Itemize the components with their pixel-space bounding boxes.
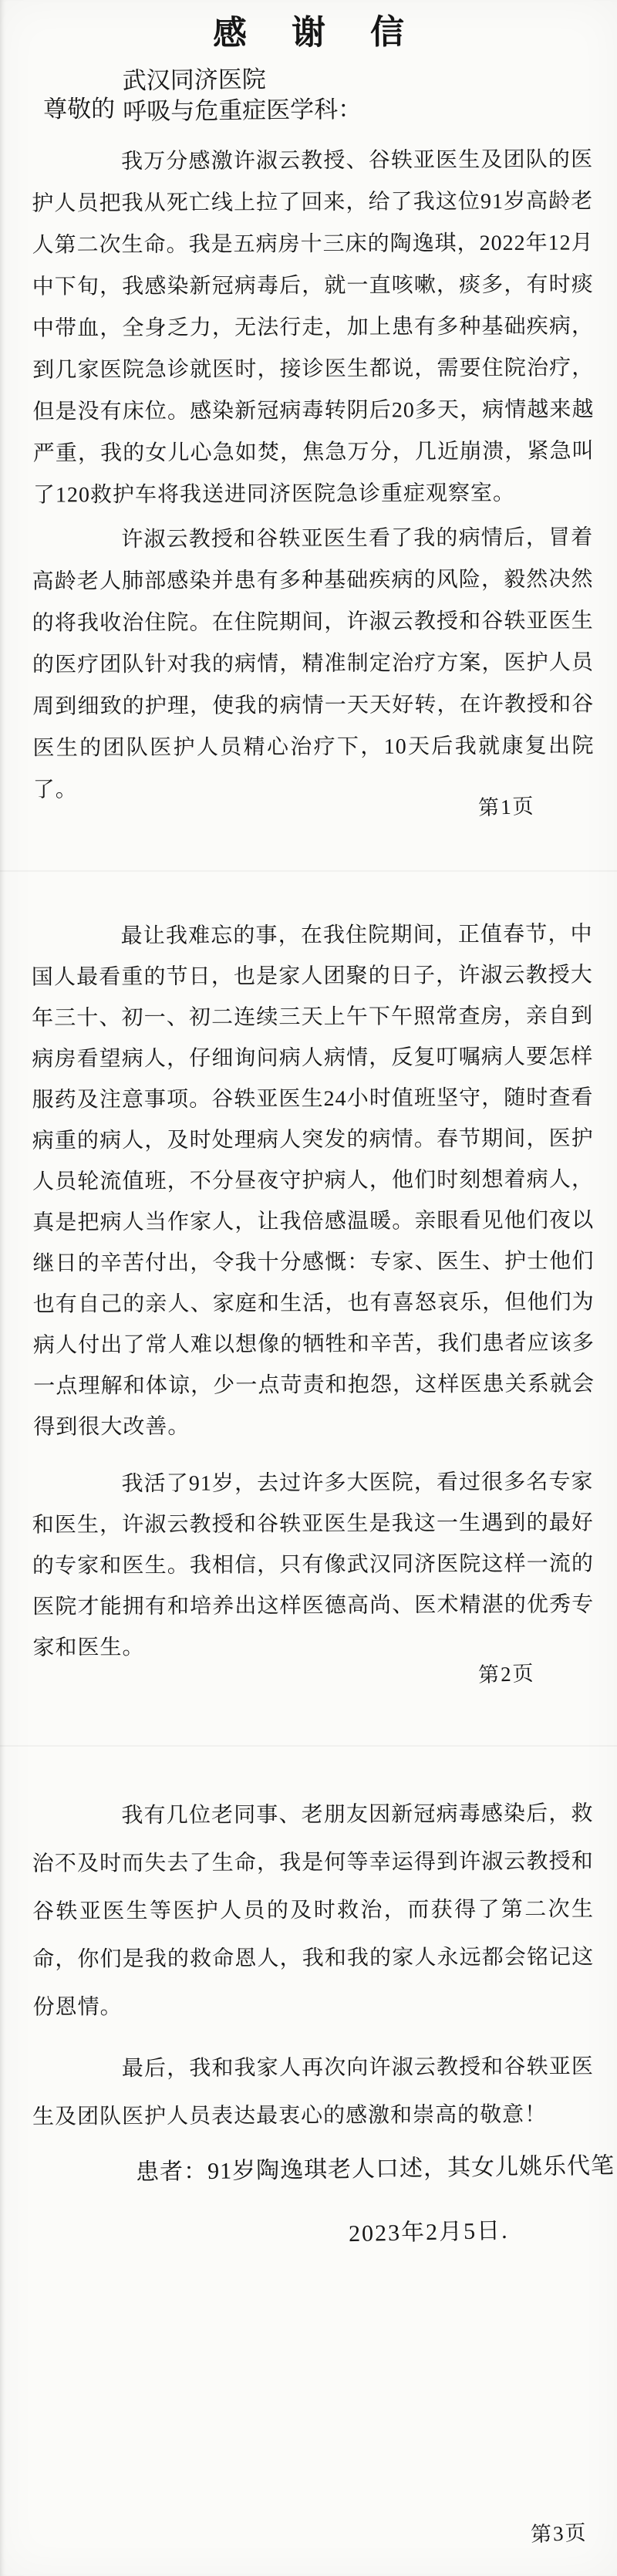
page-seam: [0, 870, 617, 872]
paragraph-final-respect: 最后，我和我家人再次向许淑云教授和谷轶亚医生及团队医护人员表达最衷心的感激和崇高…: [32, 2043, 595, 2141]
salutation: 尊敬的 武汉同济医院 呼吸与危重症医学科：: [43, 63, 362, 128]
page-marker-2: 第2页: [477, 1656, 535, 1689]
letter-title: 感谢信: [0, 2, 617, 56]
page-marker-3: 第3页: [530, 2516, 588, 2548]
paragraph-admission-treatment: 许淑云教授和谷轶亚医生看了我的病情后，冒着高龄老人肺部感染并患有多种基础疾病的风…: [32, 517, 595, 811]
paragraph-best-doctors: 我活了91岁，去过许多大医院，看过很多名专家和医生，许淑云教授和谷轶亚医生是我这…: [32, 1461, 594, 1668]
recipient-department: 呼吸与危重症医学科：: [123, 94, 362, 127]
page-seam: [0, 1745, 617, 1747]
paragraph-intro-rescue: 我万分感激许淑云教授、谷轶亚医生及团队的医护人员把我从死亡线上拉了回来，给了我这…: [32, 139, 595, 516]
recipient-hospital: 武汉同济医院: [123, 63, 362, 96]
signature-line: 患者：91岁陶逸琪老人口述，其女儿姚乐代笔: [136, 2146, 615, 2187]
recipient-block: 武汉同济医院 呼吸与危重症医学科：: [123, 63, 362, 127]
paragraph-spring-festival-care: 最让我难忘的事，在我住院期间，正值春节，中国人最看重的节日，也是家人团聚的日子，…: [32, 913, 595, 1447]
date-line: 2023年2月5日.: [349, 2211, 509, 2248]
paragraph-second-life-gratitude: 我有几位老同事、老朋友因新冠病毒感染后，救治不及时而失去了生命，我是何等幸运得到…: [32, 1790, 594, 2031]
salutation-prefix: 尊敬的: [43, 89, 115, 124]
scanned-letter: 感谢信 尊敬的 武汉同济医院 呼吸与危重症医学科： 我万分感激许淑云教授、谷轶亚…: [0, 0, 617, 2576]
page-marker-1: 第1页: [477, 789, 535, 822]
